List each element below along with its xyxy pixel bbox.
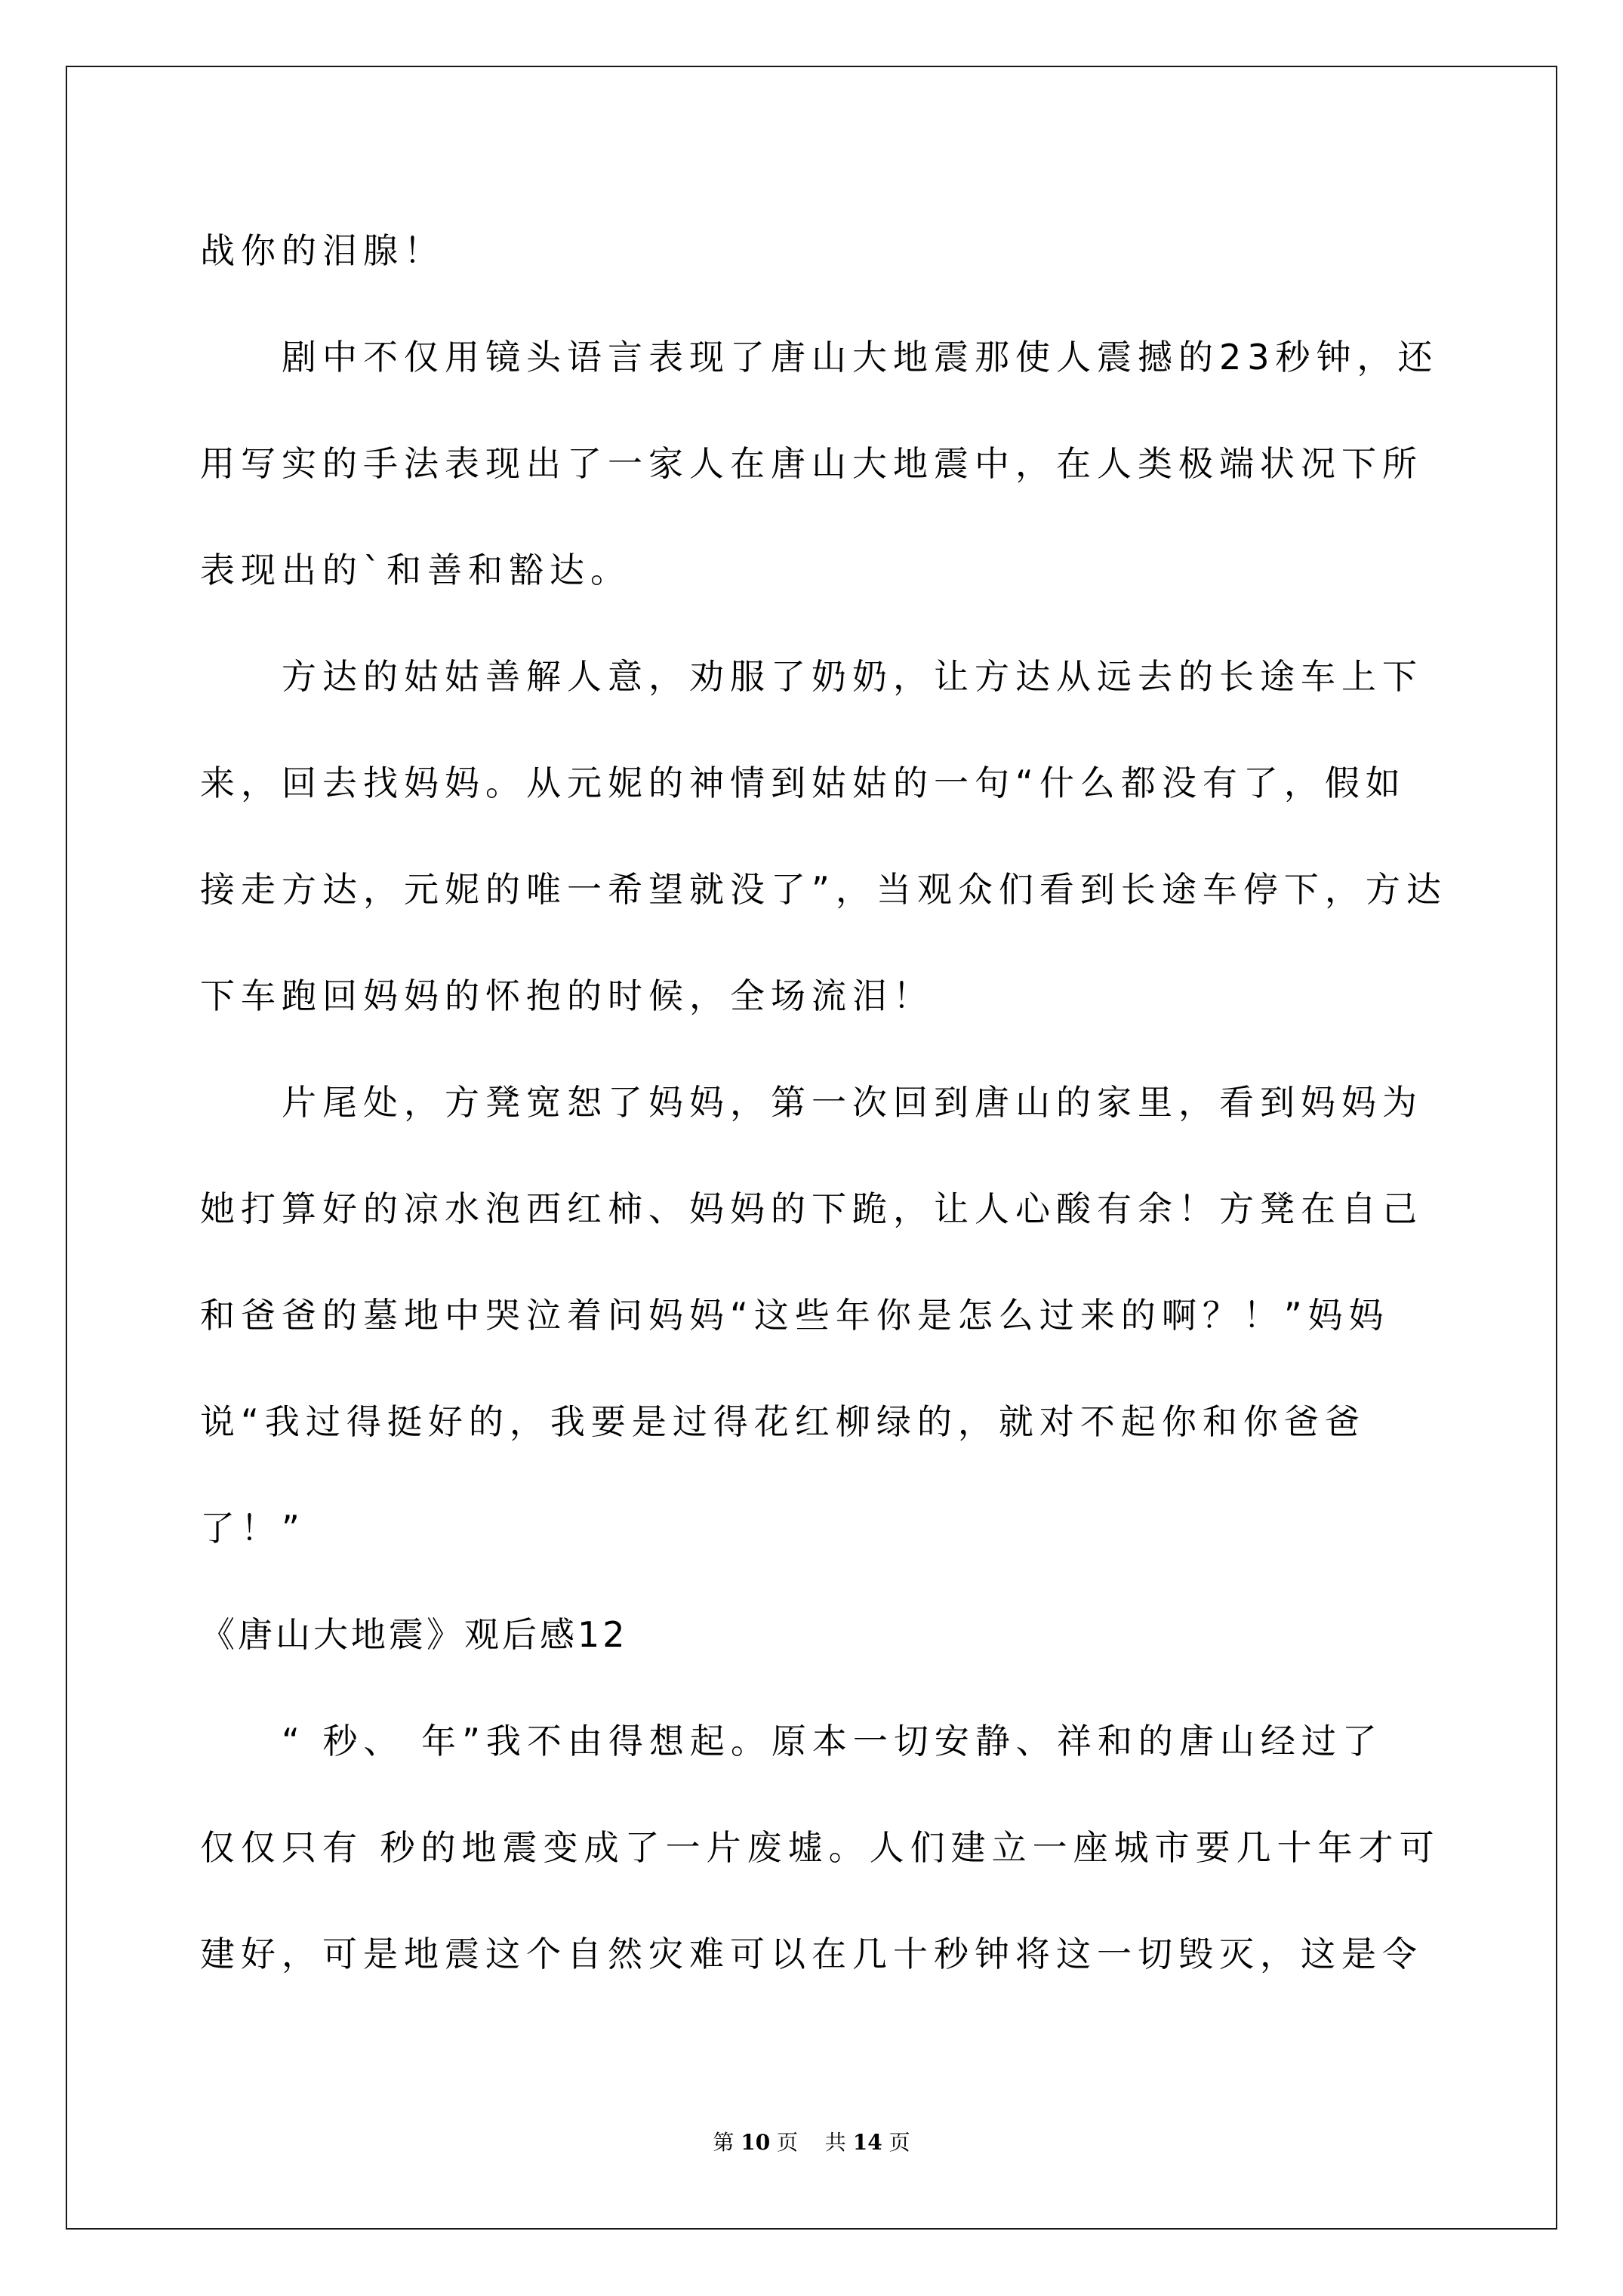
page-prefix: 第 xyxy=(713,2130,734,2155)
paragraph-start-line: 方达的姑姑善解人意，劝服了奶奶，让方达从远去的长途车上下 xyxy=(282,654,1520,699)
body-line: 仅仅只有 秒的地震变成了一片废墟。人们建立一座城市要几十年才可 xyxy=(200,1825,1438,1870)
paragraph-start-line: 片尾处，方凳宽恕了妈妈，第一次回到唐山的家里，看到妈妈为 xyxy=(282,1080,1520,1125)
body-line: 建好，可是地震这个自然灾难可以在几十秒钟将这一切毁灭，这是令 xyxy=(200,1931,1438,1977)
paragraph-start-line: “ 秒、 年”我不由得想起。原本一切安静、祥和的唐山经过了 xyxy=(282,1718,1520,1764)
total-prefix: 共 xyxy=(825,2130,846,2155)
body-line: 表现出的`和善和豁达。 xyxy=(200,547,1438,593)
body-line: 来，回去找妈妈。从元妮的神情到姑姑的一句“什么都没有了，假如 xyxy=(200,760,1438,806)
body-line: 和爸爸的墓地中哭泣着问妈妈“这些年你是怎么过来的啊？！”妈妈 xyxy=(200,1293,1438,1338)
current-page-number: 10 xyxy=(741,2130,770,2155)
body-line: 用写实的手法表现出了一家人在唐山大地震中，在人类极端状况下所 xyxy=(200,441,1438,486)
paragraph-start-line: 剧中不仅用镜头语言表现了唐山大地震那使人震撼的23秒钟，还 xyxy=(282,334,1520,380)
body-line: 下车跑回妈妈的怀抱的时候，全场流泪！ xyxy=(200,973,1438,1019)
page-border xyxy=(66,66,1557,2230)
body-line: 她打算好的凉水泡西红柿、妈妈的下跪，让人心酸有余！方凳在自己 xyxy=(200,1186,1438,1231)
section-heading: 《唐山大地震》观后感12 xyxy=(200,1612,1438,1657)
page-suffix: 页 xyxy=(777,2130,798,2155)
page-footer: 第 10 页 共 14 页 xyxy=(0,2128,1623,2158)
body-line: 说“我过得挺好的，我要是过得花红柳绿的，就对不起你和你爸爸 xyxy=(200,1399,1438,1444)
body-line: 接走方达，元妮的唯一希望就没了”，当观众们看到长途车停下，方达 xyxy=(200,867,1438,912)
total-suffix: 页 xyxy=(889,2130,910,2155)
body-line: 战你的泪腺！ xyxy=(200,228,1438,273)
total-pages-number: 14 xyxy=(853,2130,882,2155)
body-line: 了！” xyxy=(200,1505,1438,1551)
